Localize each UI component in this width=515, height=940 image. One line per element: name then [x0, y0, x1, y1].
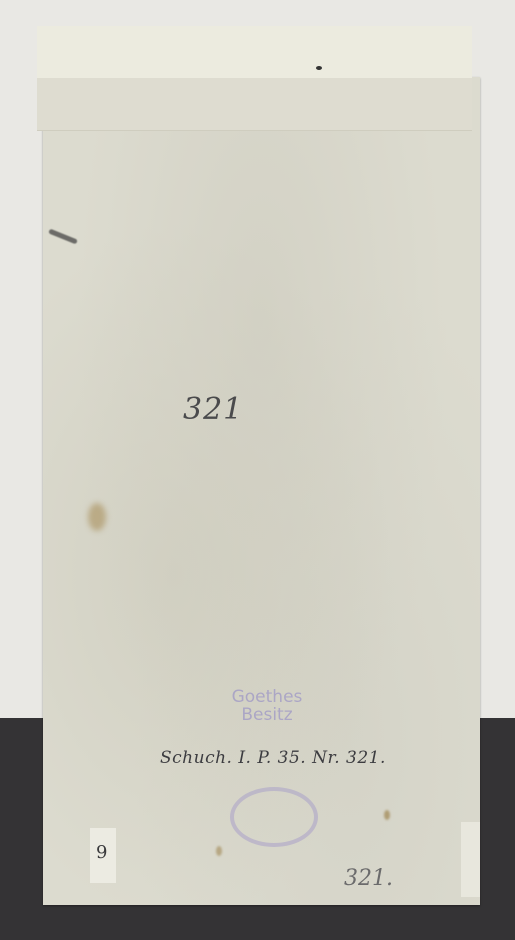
catalog-reference: Schuch. I. P. 35. Nr. 321. — [160, 748, 386, 768]
ownership-stamp: Goethes Besitz — [222, 688, 312, 724]
label-number: 9 — [96, 842, 107, 863]
stamp-line-2: Besitz — [222, 706, 312, 724]
inventory-number-middle: 321 — [183, 392, 243, 427]
paper-sheet — [43, 77, 480, 905]
inventory-number-bottom: 321. — [344, 866, 393, 891]
stamp-line-1: Goethes — [222, 688, 312, 706]
foxing-stain — [216, 846, 222, 856]
oval-collection-stamp — [230, 787, 318, 847]
foxing-stain — [384, 810, 390, 820]
foxing-stain — [88, 503, 106, 531]
tape-strip-right — [461, 822, 480, 897]
ink-speck — [316, 66, 322, 70]
mount-strip-top — [37, 26, 472, 79]
mount-strip-hinge — [37, 78, 472, 131]
